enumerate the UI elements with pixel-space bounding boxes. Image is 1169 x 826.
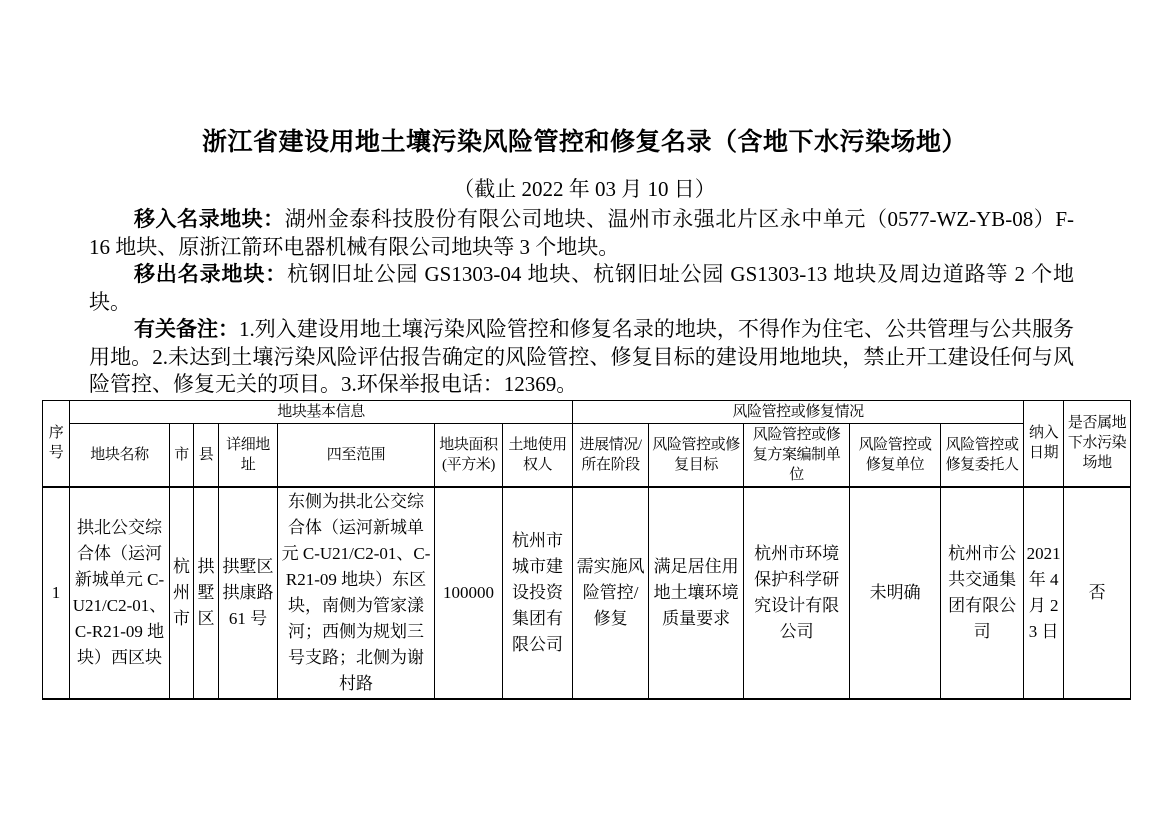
- cell-client: 杭州市公共交通集团有限公司: [941, 487, 1024, 699]
- col-header-area: 地块面积(平方米): [435, 423, 503, 487]
- table-header: 序号 地块基本信息 风险管控或修复情况 纳入日期 是否属地下水污染场地 地块名称…: [43, 400, 1131, 487]
- cell-groundwater: 否: [1064, 487, 1131, 699]
- col-header-date-included: 纳入日期: [1024, 400, 1064, 487]
- cell-city: 杭州市: [170, 487, 194, 699]
- page-subtitle: （截止 2022 年 03 月 10 日）: [0, 175, 1169, 203]
- cell-boundaries: 东侧为拱北公交综合体（运河新城单元 C-U21/C2-01、C-R21-09 地…: [278, 487, 435, 699]
- cell-plan-unit: 杭州市环境保护科学研究设计有限公司: [744, 487, 850, 699]
- col-header-name: 地块名称: [70, 423, 170, 487]
- intro-paragraphs: 移入名录地块：湖州金泰科技股份有限公司地块、温州市永强北片区永中单元（0577-…: [89, 206, 1074, 399]
- col-header-progress: 进展情况/所在阶段: [573, 423, 649, 487]
- cell-seq: 1: [43, 487, 70, 699]
- moved-out-label: 移出名录地块：: [134, 262, 287, 286]
- paragraph-moved-in: 移入名录地块：湖州金泰科技股份有限公司地块、温州市永强北片区永中单元（0577-…: [89, 206, 1074, 261]
- table-row: 1 拱北公交综合体（运河新城单元 C-U21/C2-01、C-R21-09 地块…: [43, 487, 1131, 699]
- cell-county: 拱墅区: [194, 487, 219, 699]
- col-header-boundaries: 四至范围: [278, 423, 435, 487]
- cell-progress: 需实施风险管控/修复: [573, 487, 649, 699]
- col-header-groundwater: 是否属地下水污染场地: [1064, 400, 1131, 487]
- cell-repair-unit: 未明确: [850, 487, 941, 699]
- col-header-land-user: 土地使用权人: [503, 423, 573, 487]
- paragraph-remarks: 有关备注：1.列入建设用地土壤污染风险管控和修复名录的地块，不得作为住宅、公共管…: [89, 316, 1074, 399]
- cell-area: 100000: [435, 487, 503, 699]
- col-header-client: 风险管控或修复委托人: [941, 423, 1024, 487]
- cell-land-user: 杭州市城市建设投资集团有限公司: [503, 487, 573, 699]
- cell-date-included: 2021 年 4 月 23 日: [1024, 487, 1064, 699]
- col-group-basic-info: 地块基本信息: [70, 400, 573, 423]
- col-header-repair-unit: 风险管控或修复单位: [850, 423, 941, 487]
- cell-name: 拱北公交综合体（运河新城单元 C-U21/C2-01、C-R21-09 地块）西…: [70, 487, 170, 699]
- paragraph-moved-out: 移出名录地块：杭钢旧址公园 GS1303-04 地块、杭钢旧址公园 GS1303…: [89, 261, 1074, 316]
- sites-table: 序号 地块基本信息 风险管控或修复情况 纳入日期 是否属地下水污染场地 地块名称…: [42, 400, 1131, 700]
- page-title: 浙江省建设用地土壤污染风险管控和修复名录（含地下水污染场地）: [0, 126, 1169, 160]
- col-header-county: 县: [194, 423, 219, 487]
- col-header-address: 详细地址: [219, 423, 278, 487]
- col-header-city: 市: [170, 423, 194, 487]
- moved-in-label: 移入名录地块：: [134, 207, 285, 231]
- cell-address: 拱墅区拱康路 61 号: [219, 487, 278, 699]
- cell-target: 满足居住用地土壤环境质量要求: [649, 487, 744, 699]
- col-header-plan-unit: 风险管控或修复方案编制单位: [744, 423, 850, 487]
- col-header-target: 风险管控或修复目标: [649, 423, 744, 487]
- col-group-risk: 风险管控或修复情况: [573, 400, 1024, 423]
- remarks-label: 有关备注：: [134, 317, 239, 341]
- col-header-seq: 序号: [43, 400, 70, 487]
- document-page: 浙江省建设用地土壤污染风险管控和修复名录（含地下水污染场地） （截止 2022 …: [0, 0, 1169, 700]
